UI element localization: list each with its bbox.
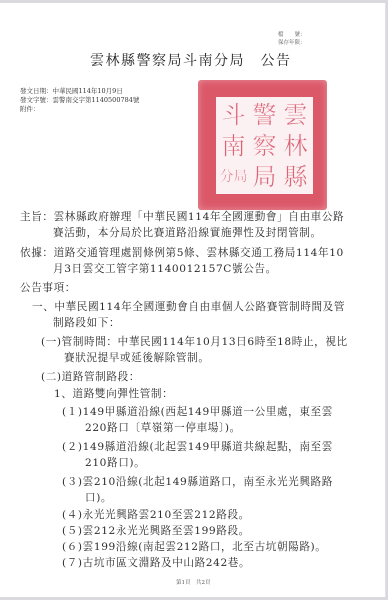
document-page: 檔 號： 保存年限： 雲林縣警察局斗南分局 公告 發文日期：中華民國114年10…: [0, 3, 386, 597]
seal-char: 雲: [280, 99, 311, 130]
route-1-line-1: (１)149甲縣道沿線(西起149甲縣道一公里處，東至雲: [62, 405, 333, 419]
subject-line-2: 賽活動，本分局於比賽道路沿線實施彈性及封閉管制。: [53, 226, 322, 240]
issue-date: 發文日期：中華民國114年10月9日: [20, 87, 123, 96]
document-title: 雲林縣警察局斗南分局 公告: [90, 50, 292, 70]
route-6: (６)雲199沿線(南起雲212路口，北至古坑朝陽路)。: [62, 540, 326, 554]
seal-char: 局: [249, 161, 280, 192]
issue-number: 發文字號：雲警南交字第1140500784號: [20, 96, 139, 105]
road-control-heading: (二)道路管制路段：: [41, 370, 140, 384]
control-time-line-2: 賽狀況提早或延後解除管制。: [64, 351, 210, 365]
route-4: (４)永光光興路雲210至雲212路段。: [62, 508, 250, 522]
flexible-control-heading: 1、道路雙向彈性管制：: [54, 387, 173, 401]
seal-char: 察: [249, 130, 280, 161]
route-5: (５)雲212永光光興路至雲199路段。: [62, 524, 250, 538]
official-seal-stamp: 雲 林 縣 警 察 局 斗 南 分局: [198, 80, 327, 210]
route-1-line-2: 220路口〔草嶺第一停車場〕)。: [85, 421, 241, 435]
retention-period-label: 保存年限：: [278, 39, 306, 47]
control-time-line-1: (一)管制時間：中華民國114年10月13日6時至18時止，視比: [41, 335, 348, 349]
announcement-heading: 公告事項：: [20, 281, 76, 295]
basis-line-1: 依據：道路交通管理處罰條例第5條、雲林縣交通工務局114年10: [20, 246, 344, 260]
file-number-label: 檔 號：: [278, 31, 306, 39]
route-3-line-1: (３)雲210沿線(北起149縣道路口，南至永光光興路路: [62, 475, 333, 489]
item-1-line-2: 制路段如下：: [53, 316, 120, 330]
route-7: (７)古坑市區文淵路及中山路242巷。: [62, 556, 250, 570]
page-number-footer: 第1頁 共2頁: [176, 578, 211, 586]
seal-char: 縣: [280, 161, 311, 192]
seal-char: 警: [249, 99, 280, 130]
seal-char: 分局: [218, 161, 249, 192]
route-3-line-2: 口)。: [85, 491, 112, 505]
subject-line-1: 主旨：雲林縣政府辦理「中華民國114年全國運動會」自由車公路: [20, 210, 344, 224]
item-1-line-1: 一、中華民國114年全國運動會自由車個人公路賽管制時間及管: [32, 300, 345, 314]
route-2-line-1: (２)149縣道沿線(北起雲149甲縣道共線起點，南至雲: [62, 440, 333, 454]
seal-inner: 雲 林 縣 警 察 局 斗 南 分局: [216, 97, 313, 194]
attachment-label: 附件：: [20, 105, 40, 114]
seal-char: 林: [280, 130, 311, 161]
route-2-line-2: 210路口)。: [85, 456, 145, 470]
seal-char: 斗: [218, 99, 249, 130]
basis-line-2: 月3日雲交工管字第1140012157C號公告。: [53, 262, 277, 276]
seal-char: 南: [218, 130, 249, 161]
